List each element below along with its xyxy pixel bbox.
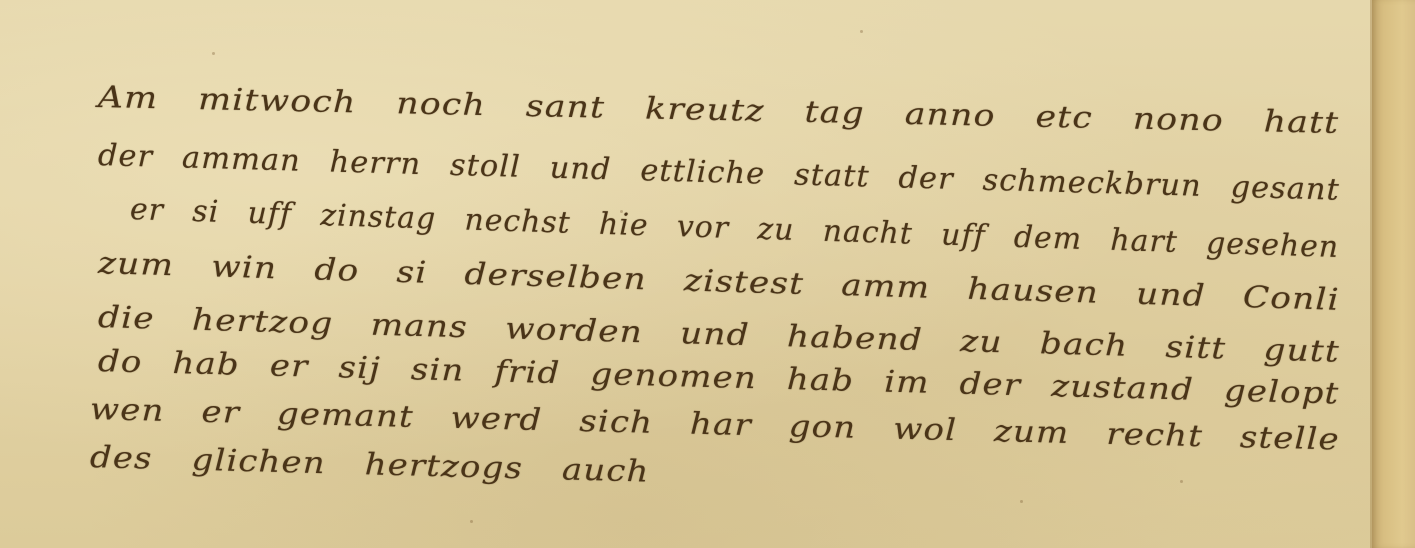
- manuscript-line-8: des glichen hertzogs auch: [90, 440, 650, 490]
- handwritten-text-block: Am mitwoch noch sant kreutz tag anno etc…: [0, 0, 1370, 548]
- page-gutter: [1372, 0, 1415, 548]
- manuscript-line-1: Am mitwoch noch sant kreutz tag anno etc…: [98, 80, 1340, 141]
